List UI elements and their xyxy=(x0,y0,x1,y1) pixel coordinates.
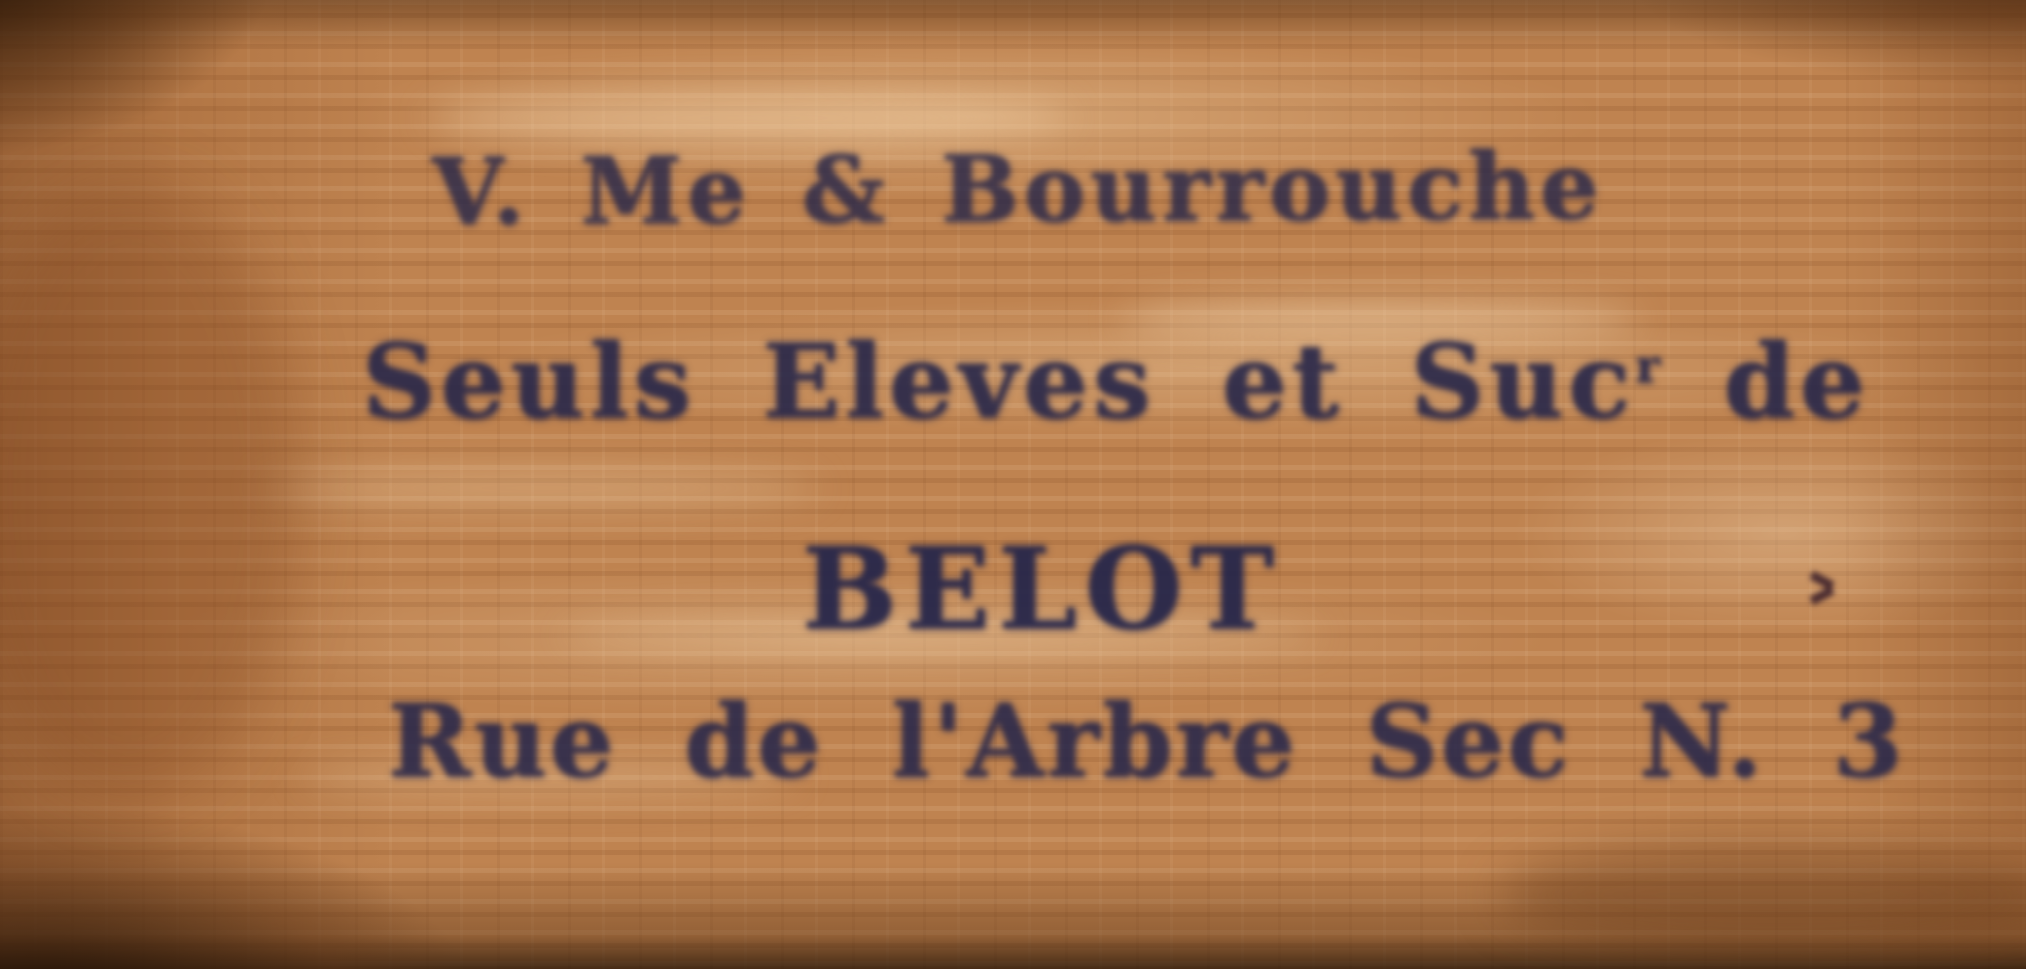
stamp-line-successors-text: Seuls Eleves et Suc xyxy=(362,322,1635,442)
stamp-line-address: Rue de l'Arbre Sec N. 3 xyxy=(388,682,1905,800)
wood-surface: V. Me & Bourrouche Seuls Eleves et Sucrd… xyxy=(0,0,2026,969)
merchant-ink-stamp: V. Me & Bourrouche Seuls Eleves et Sucrd… xyxy=(0,0,2026,969)
stamp-line-belot-name: BELOT xyxy=(802,524,1282,655)
stamp-line-makers: V. Me & Bourrouche xyxy=(432,132,1604,246)
chevron-ink-mark xyxy=(1808,572,1838,606)
stamp-superscript-abbreviation: r xyxy=(1635,339,1659,393)
stamp-line-successors-tail: de xyxy=(1724,322,1870,442)
stamp-line-successors: Seuls Eleves et Sucrde xyxy=(362,322,1870,442)
